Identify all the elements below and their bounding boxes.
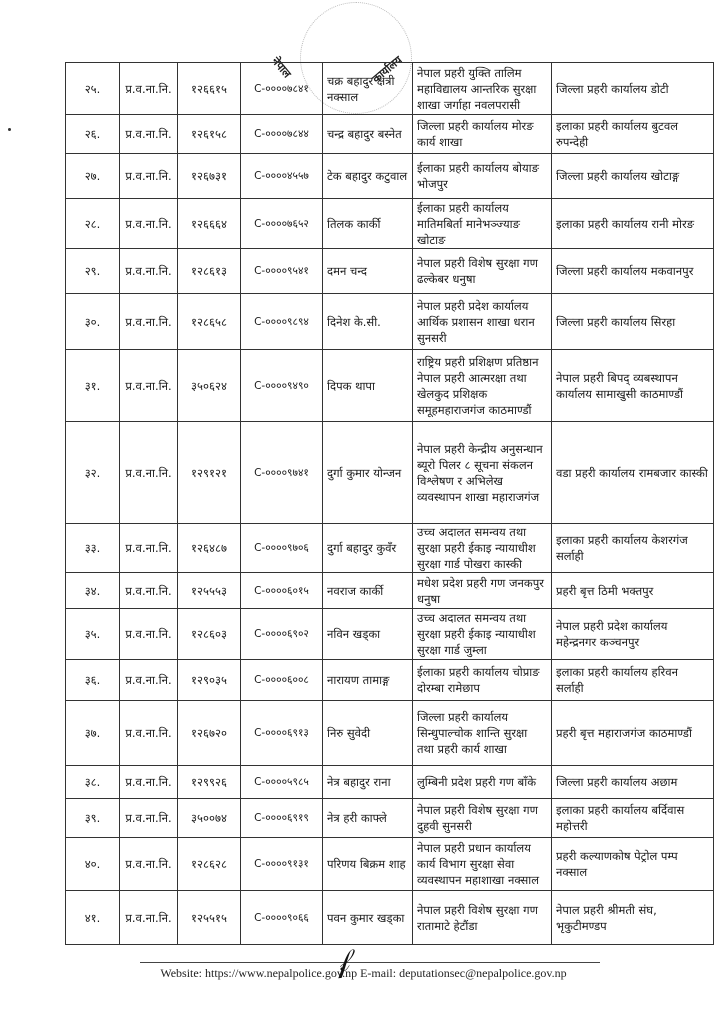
table-row: ३१.प्र.व.ना.नि.३५०६२४C-००००९४९०दिपक थापा… — [66, 350, 714, 422]
row-id-number: १२९९२६ — [178, 766, 241, 799]
row-transfer-office: नेपाल प्रहरी श्रीमती संघ, भृकुटीमण्डप — [552, 891, 714, 945]
row-code: C-००००९७०६ — [241, 524, 323, 573]
table-row: २६.प्र.व.ना.नि.१२६१५८C-००००७८४४चन्द्र बह… — [66, 115, 714, 154]
footer-contact: Website: https://www.nepalpolice.gov.np … — [0, 966, 727, 981]
table-row: ४०.प्र.व.ना.नि.१२८६२८C-००००९१३१परिणय बिक… — [66, 838, 714, 891]
row-name: परिणय बिक्रम शाह — [323, 838, 413, 891]
row-transfer-office: जिल्ला प्रहरी कार्यालय डोटी — [552, 63, 714, 115]
row-name: चन्द्र बहादुर बस्नेत — [323, 115, 413, 154]
row-rank: प्र.व.ना.नि. — [120, 63, 178, 115]
row-serial: ३३. — [66, 524, 120, 573]
row-serial: ३८. — [66, 766, 120, 799]
row-transfer-office: प्रहरी बृत्त ठिमी भक्तपुर — [552, 573, 714, 609]
row-code: C-००००६९१९ — [241, 799, 323, 838]
row-id-number: १२६६६४ — [178, 199, 241, 249]
table-row: ३४.प्र.व.ना.नि.१२५५५३C-००००६०१५नवराज कार… — [66, 573, 714, 609]
row-current-office: राष्ट्रिय प्रहरी प्रशिक्षण प्रतिष्ठान ने… — [413, 350, 552, 422]
row-id-number: १२५५५३ — [178, 573, 241, 609]
row-rank: प्र.व.ना.नि. — [120, 660, 178, 701]
row-serial: ३४. — [66, 573, 120, 609]
row-transfer-office: इलाका प्रहरी कार्यालय बुटवल रुपन्देही — [552, 115, 714, 154]
row-current-office: मधेश प्रदेश प्रहरी गण जनकपुर धनुषा — [413, 573, 552, 609]
row-rank: प्र.व.ना.नि. — [120, 891, 178, 945]
row-id-number: १२६७२० — [178, 701, 241, 766]
row-transfer-office: इलाका प्रहरी कार्यालय बर्दिवास महोत्तरी — [552, 799, 714, 838]
row-current-office: नेपाल प्रहरी प्रधान कार्यालय कार्य विभाग… — [413, 838, 552, 891]
row-transfer-office: जिल्ला प्रहरी कार्यालय मकवानपुर — [552, 249, 714, 294]
row-current-office: नेपाल प्रहरी प्रदेश कार्यालय आर्थिक प्रश… — [413, 294, 552, 350]
row-current-office: ईलाका प्रहरी कार्यालय बोयाङ भोजपुर — [413, 154, 552, 199]
row-rank: प्र.व.ना.नि. — [120, 294, 178, 350]
table-row: २९.प्र.व.ना.नि.१२८६१३C-००००९५४१दमन चन्दन… — [66, 249, 714, 294]
row-code: C-००००७८४४ — [241, 115, 323, 154]
row-transfer-office: नेपाल प्रहरी प्रदेश कार्यालय महेन्द्रनगर… — [552, 609, 714, 660]
row-transfer-office: वडा प्रहरी कार्यालय रामबजार कास्की — [552, 422, 714, 524]
row-name: दुर्गा बहादुर कुवँर — [323, 524, 413, 573]
row-transfer-office: जिल्ला प्रहरी कार्यालय अछाम — [552, 766, 714, 799]
table-row: ३३.प्र.व.ना.नि.१२६४८७C-००००९७०६दुर्गा बह… — [66, 524, 714, 573]
row-id-number: १२८६१३ — [178, 249, 241, 294]
row-code: C-००००६००८ — [241, 660, 323, 701]
row-code: C-००००४५५७ — [241, 154, 323, 199]
row-id-number: १२६६१५ — [178, 63, 241, 115]
row-serial: ३६. — [66, 660, 120, 701]
footer-divider — [140, 962, 600, 963]
row-name: नेत्र बहादुर राना — [323, 766, 413, 799]
row-transfer-office: प्रहरी कल्याणकोष पेट्रोल पम्प नक्साल — [552, 838, 714, 891]
table-row: ३७.प्र.व.ना.नि.१२६७२०C-००००६९१३निरु सुवे… — [66, 701, 714, 766]
table-row: ३०.प्र.व.ना.नि.१२८६५८C-००००९८९४दिनेश के.… — [66, 294, 714, 350]
row-code: C-००००६९०२ — [241, 609, 323, 660]
row-code: C-००००६०१५ — [241, 573, 323, 609]
row-serial: २९. — [66, 249, 120, 294]
row-serial: ३०. — [66, 294, 120, 350]
row-rank: प्र.व.ना.नि. — [120, 838, 178, 891]
row-rank: प्र.व.ना.नि. — [120, 422, 178, 524]
row-transfer-office: प्रहरी बृत्त महाराजगंज काठमाण्डौं — [552, 701, 714, 766]
table-row: ३९.प्र.व.ना.नि.३५००७४C-००००६९१९नेत्र हरी… — [66, 799, 714, 838]
row-name: दमन चन्द — [323, 249, 413, 294]
row-transfer-office: इलाका प्रहरी कार्यालय हरिवन सर्लाही — [552, 660, 714, 701]
row-serial: ३२. — [66, 422, 120, 524]
row-name: तिलक कार्की — [323, 199, 413, 249]
row-id-number: १२६१५८ — [178, 115, 241, 154]
row-current-office: लुम्बिनी प्रदेश प्रहरी गण बाँके — [413, 766, 552, 799]
row-name: नेत्र हरी काफ्ले — [323, 799, 413, 838]
row-serial: २८. — [66, 199, 120, 249]
row-id-number: १२६७३१ — [178, 154, 241, 199]
row-code: C-००००९१३१ — [241, 838, 323, 891]
row-rank: प्र.व.ना.नि. — [120, 766, 178, 799]
row-name: नवराज कार्की — [323, 573, 413, 609]
row-serial: २५. — [66, 63, 120, 115]
row-rank: प्र.व.ना.नि. — [120, 701, 178, 766]
row-transfer-office: इलाका प्रहरी कार्यालय रानी मोरङ — [552, 199, 714, 249]
row-current-office: उच्च अदालत समन्वय तथा सुरक्षा प्रहरी ईका… — [413, 609, 552, 660]
row-id-number: १२५५१५ — [178, 891, 241, 945]
row-code: C-००००७६५२ — [241, 199, 323, 249]
row-code: C-००००९७४१ — [241, 422, 323, 524]
row-name: नविन खड्का — [323, 609, 413, 660]
row-rank: प्र.व.ना.नि. — [120, 249, 178, 294]
row-id-number: ३५००७४ — [178, 799, 241, 838]
row-serial: २७. — [66, 154, 120, 199]
row-name: दिनेश के.सी. — [323, 294, 413, 350]
row-current-office: नेपाल प्रहरी युक्ति तालिम महाविद्यालय आन… — [413, 63, 552, 115]
table-row: ३६.प्र.व.ना.नि.१२९०३५C-००००६००८नारायण ता… — [66, 660, 714, 701]
row-rank: प्र.व.ना.नि. — [120, 350, 178, 422]
row-code: C-००००९०६६ — [241, 891, 323, 945]
row-transfer-office: जिल्ला प्रहरी कार्यालय खोटाङ्ग — [552, 154, 714, 199]
row-serial: २६. — [66, 115, 120, 154]
row-current-office: नेपाल प्रहरी विशेष सुरक्षा गण रातामाटे ह… — [413, 891, 552, 945]
row-current-office: नेपाल प्रहरी विशेष सुरक्षा गण ढल्केबर धन… — [413, 249, 552, 294]
table-row: २५.प्र.व.ना.नि.१२६६१५C-००००७८४१चक्र बहाद… — [66, 63, 714, 115]
table-row: ३८.प्र.व.ना.नि.१२९९२६C-००००५९८५नेत्र बहा… — [66, 766, 714, 799]
row-current-office: नेपाल प्रहरी केन्द्रीय अनुसन्धान ब्यूरो … — [413, 422, 552, 524]
row-transfer-office: जिल्ला प्रहरी कार्यालय सिरहा — [552, 294, 714, 350]
row-id-number: १२९१२१ — [178, 422, 241, 524]
row-rank: प्र.व.ना.नि. — [120, 799, 178, 838]
row-id-number: १२९०३५ — [178, 660, 241, 701]
table-row: २८.प्र.व.ना.नि.१२६६६४C-००००७६५२तिलक कार्… — [66, 199, 714, 249]
row-current-office: जिल्ला प्रहरी कार्यालय मोरङ कार्य शाखा — [413, 115, 552, 154]
row-transfer-office: नेपाल प्रहरी बिपद् व्यबस्थापन कार्यालय स… — [552, 350, 714, 422]
row-code: C-००००९५४१ — [241, 249, 323, 294]
row-current-office: उच्च अदालत समन्वय तथा सुरक्षा प्रहरी ईका… — [413, 524, 552, 573]
row-name: पवन कुमार खड्का — [323, 891, 413, 945]
row-transfer-office: इलाका प्रहरी कार्यालय केशरगंज सर्लाही — [552, 524, 714, 573]
row-name: दुर्गा कुमार योन्जन — [323, 422, 413, 524]
row-rank: प्र.व.ना.नि. — [120, 573, 178, 609]
row-name: चक्र बहादुर क्षत्री नक्साल — [323, 63, 413, 115]
table-row: २७.प्र.व.ना.नि.१२६७३१C-००००४५५७टेक बहादु… — [66, 154, 714, 199]
transfer-table: २५.प्र.व.ना.नि.१२६६१५C-००००७८४१चक्र बहाद… — [65, 62, 714, 945]
row-current-office: ईलाका प्रहरी कार्यालय चोप्राङ दोरम्बा रा… — [413, 660, 552, 701]
row-serial: ४०. — [66, 838, 120, 891]
row-current-office: नेपाल प्रहरी विशेष सुरक्षा गण दुहवी सुनस… — [413, 799, 552, 838]
table-row: ३५.प्र.व.ना.नि.१२८६०३C-००००६९०२नविन खड्क… — [66, 609, 714, 660]
row-serial: ३९. — [66, 799, 120, 838]
row-rank: प्र.व.ना.नि. — [120, 524, 178, 573]
scan-speck — [8, 128, 11, 131]
row-serial: ३७. — [66, 701, 120, 766]
row-name: निरु सुवेदी — [323, 701, 413, 766]
row-code: C-००००९८९४ — [241, 294, 323, 350]
row-name: टेक बहादुर कटुवाल — [323, 154, 413, 199]
row-rank: प्र.व.ना.नि. — [120, 609, 178, 660]
row-name: दिपक थापा — [323, 350, 413, 422]
row-serial: ३१. — [66, 350, 120, 422]
row-rank: प्र.व.ना.नि. — [120, 199, 178, 249]
row-name: नारायण तामाङ्ग — [323, 660, 413, 701]
row-code: C-००००७८४१ — [241, 63, 323, 115]
row-rank: प्र.व.ना.नि. — [120, 115, 178, 154]
row-id-number: १२८६०३ — [178, 609, 241, 660]
row-serial: ३५. — [66, 609, 120, 660]
table-row: ३२.प्र.व.ना.नि.१२९१२१C-००००९७४१दुर्गा कु… — [66, 422, 714, 524]
row-rank: प्र.व.ना.नि. — [120, 154, 178, 199]
row-current-office: ईलाका प्रहरी कार्यालय मातिमबिर्ता मानेभञ… — [413, 199, 552, 249]
row-id-number: १२८६२८ — [178, 838, 241, 891]
row-code: C-००००९४९० — [241, 350, 323, 422]
row-serial: ४१. — [66, 891, 120, 945]
row-current-office: जिल्ला प्रहरी कार्यालय सिन्धुपाल्चोक शान… — [413, 701, 552, 766]
row-id-number: ३५०६२४ — [178, 350, 241, 422]
row-code: C-००००५९८५ — [241, 766, 323, 799]
row-id-number: १२६४८७ — [178, 524, 241, 573]
table-row: ४१.प्र.व.ना.नि.१२५५१५C-००००९०६६पवन कुमार… — [66, 891, 714, 945]
row-id-number: १२८६५८ — [178, 294, 241, 350]
row-code: C-००००६९१३ — [241, 701, 323, 766]
